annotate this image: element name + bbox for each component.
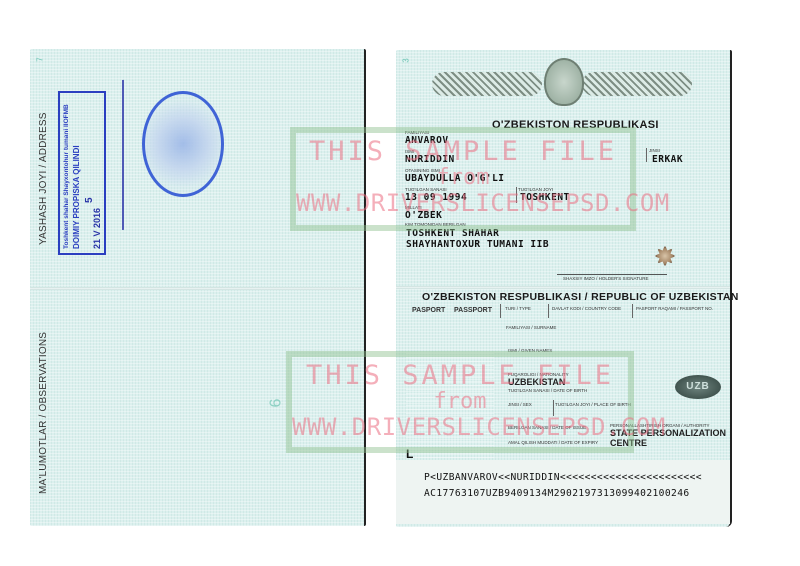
- security-rosette-icon: [654, 245, 676, 267]
- authority-line1: STATE PERSONALIZATION: [610, 428, 726, 438]
- right-passport-page: 3 O'ZBEKISTON RESPUBLIKASI FAMILIYASI AN…: [396, 50, 732, 527]
- page-number: 6: [267, 399, 285, 408]
- signature-label: SHAXSIY IMZO / HOLDER'S SIGNATURE: [563, 276, 648, 281]
- mrz-line-1: P<UZBANVAROV<<NURIDDIN<<<<<<<<<<<<<<<<<<…: [424, 472, 702, 483]
- holder-photo-area: [406, 352, 494, 470]
- address-section-label: YASHASH JOYI / ADDRESS: [38, 112, 49, 245]
- issued-by-line1: TOSHKENT SHAHAR: [406, 228, 499, 239]
- page-number: 7: [36, 57, 45, 61]
- doc-type-en: PASSPORT: [454, 307, 492, 314]
- nationality-value: O'ZBEK: [405, 210, 442, 221]
- mrz-line-2: AC17763107UZB9409134M2902197313099402100…: [424, 488, 690, 499]
- machine-readable-zone: P<UZBANVAROV<<NURIDDIN<<<<<<<<<<<<<<<<<<…: [396, 460, 730, 524]
- ministry-round-seal: [142, 91, 224, 197]
- doc-type-uz: PASPORT: [412, 307, 445, 314]
- coat-of-arms-emblem: [432, 58, 692, 102]
- page-divider: [30, 287, 364, 290]
- uzb-hologram-badge: UZB: [675, 375, 721, 399]
- data-page-title: O'ZBEKISTON RESPUBLIKASI / REPUBLIC OF U…: [422, 291, 739, 303]
- issued-by-line2: SHAYHANTOXUR TUMANI IIB: [406, 239, 549, 250]
- page-divider: [396, 286, 730, 289]
- corner-mark: L: [406, 447, 413, 461]
- surname-value: ANVAROV: [405, 135, 449, 146]
- place-of-birth-value: TOSHKENT: [520, 192, 570, 203]
- country-title: O'ZBEKISTON RESPUBLIKASI: [492, 119, 659, 131]
- observations-section-label: MA'LUMOTLAR / OBSERVATIONS: [38, 332, 49, 494]
- state-emblem-icon: [544, 58, 584, 106]
- authority-line2: CENTRE: [610, 438, 647, 448]
- residence-registration-stamp: Toshkent shahar Shayxontohur tumani IIOF…: [58, 91, 106, 255]
- date-of-birth-value: 13 09 1994: [405, 192, 467, 203]
- patronymic-value: UBAYDULLA O'G'LI: [405, 173, 505, 184]
- given-name-value: NURIDDIN: [405, 154, 455, 165]
- page-number: 3: [402, 58, 411, 62]
- left-passport-page: 7 YASHASH JOYI / ADDRESS Toshkent shahar…: [30, 49, 366, 526]
- handwritten-signature: [122, 78, 142, 230]
- nationality-field-value: UZBEKISTAN: [508, 377, 565, 387]
- sex-value: ERKAK: [652, 154, 683, 165]
